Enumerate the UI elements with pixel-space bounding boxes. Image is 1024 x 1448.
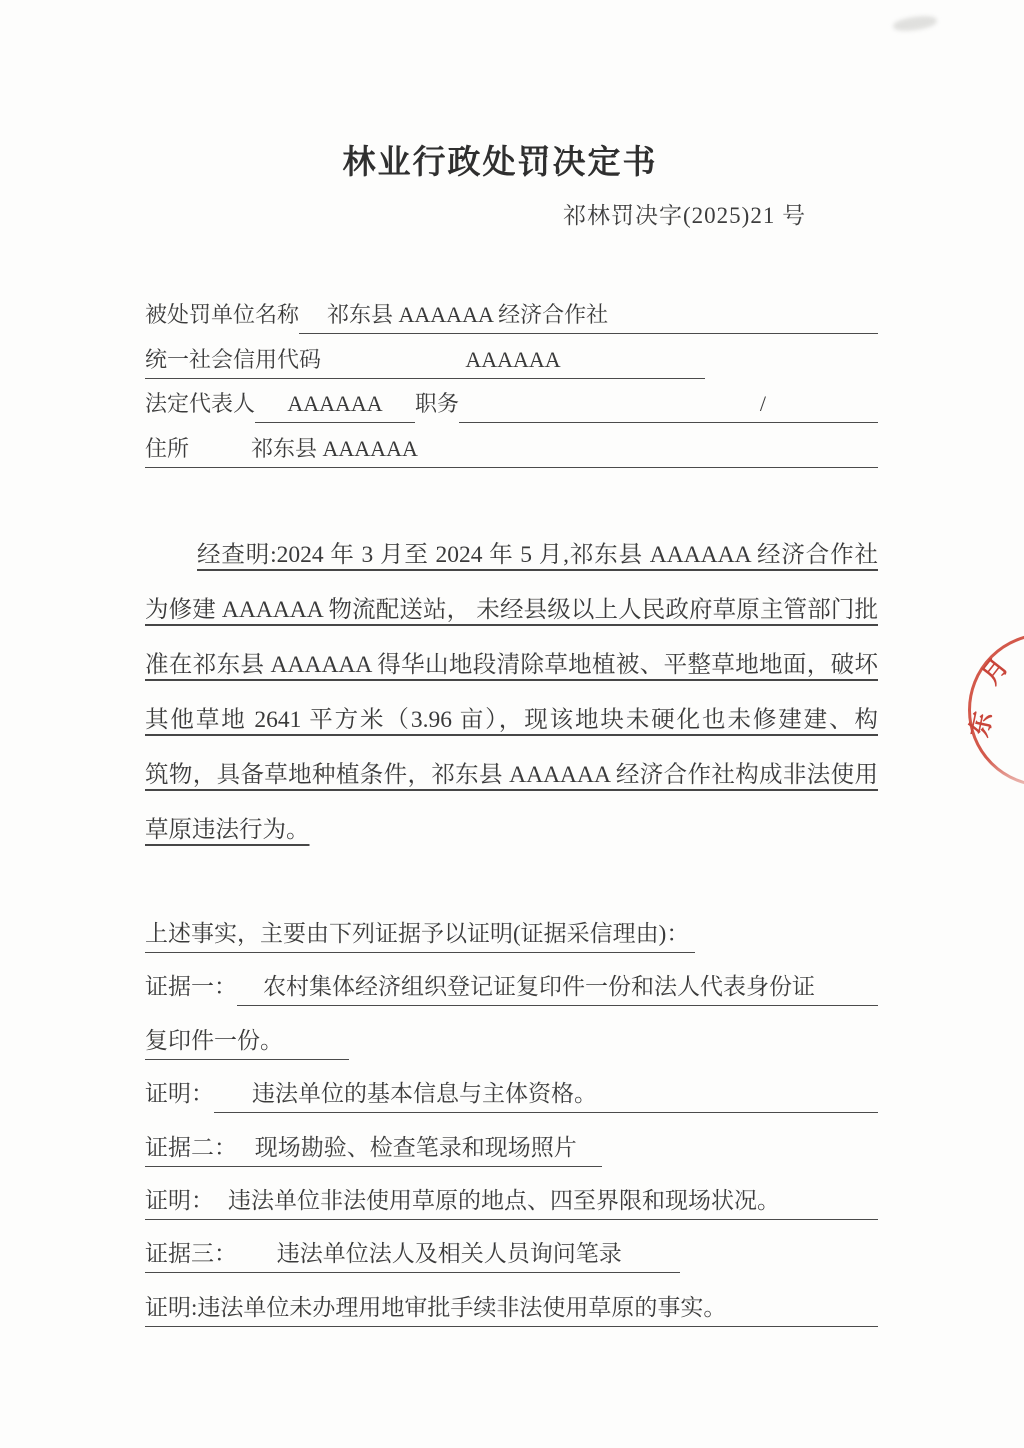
evidence-3-text: 违法单位法人及相关人员询问笔录 — [277, 1241, 622, 1266]
findings-line-3: 准在祁东县 AAAAAA 得华山地段清除草地植被、平整草地地面，破坏 — [145, 638, 878, 693]
unit-name-value: 祁东县 AAAAAA 经济合作社 — [299, 300, 878, 334]
evidence-3-label: 证据三： — [145, 1241, 237, 1266]
proof-1-text: 违法单位的基本信息与主体资格。 — [214, 1078, 878, 1113]
address-label: 住所 — [145, 434, 189, 464]
seal-fade-overlay — [984, 758, 1024, 818]
legal-representative-value: AAAAAA — [255, 389, 415, 423]
findings-line-6: 草原违法行为。 — [145, 803, 878, 858]
proof-3-row: 证明: 违法单位未办理用地审批手续非法使用草原的事实。 — [145, 1292, 878, 1327]
proof-2-label: 证明： — [145, 1185, 214, 1217]
scan-smudge — [892, 14, 937, 33]
evidence-1-label: 证据一： — [145, 971, 237, 1003]
evidence-intro: 上述事实，主要由下列证据予以证明(证据采信理由)： — [145, 918, 695, 953]
proof-3-label: 证明: — [145, 1292, 197, 1324]
position-label: 职务 — [415, 389, 459, 419]
credit-code-label: 统一社会信用代码 — [145, 345, 321, 375]
field-row-unit-name: 被处罚单位名称 祁东县 AAAAAA 经济合作社 — [145, 300, 878, 334]
evidence-3-row: 证据三： 违法单位法人及相关人员询问笔录 — [145, 1238, 878, 1273]
proof-2-row: 证明： 违法单位非法使用草原的地点、四至界限和现场状况。 — [145, 1185, 878, 1220]
proof-2-text: 违法单位非法使用草原的地点、四至界限和现场状况。 — [228, 1185, 780, 1217]
field-row-legal-representative: 法定代表人 AAAAAA 职务 / — [145, 389, 878, 423]
findings-line-2: 为修建 AAAAAA 物流配送站， 未经县级以上人民政府草原主管部门批 — [145, 583, 878, 638]
evidence-1-row: 证据一： 农村集体经济组织登记证复印件一份和法人代表身份证 — [145, 971, 878, 1006]
findings-line-5: 筑物，具备草地种植条件，祁东县 AAAAAA 经济合作社构成非法使用 — [145, 748, 878, 803]
evidence-intro-row: 上述事实，主要由下列证据予以证明(证据采信理由)： — [145, 918, 878, 953]
document-number: 祁林罚决字(2025)21 号 — [563, 197, 806, 230]
field-row-address: 住所 祁东县 AAAAAA — [145, 434, 878, 468]
evidence-section: 上述事实，主要由下列证据予以证明(证据采信理由)： 证据一： 农村集体经济组织登… — [145, 918, 878, 1345]
document-title: 林业行政处罚决定书 — [0, 136, 1024, 183]
evidence-2-text: 现场勘验、检查笔录和现场照片 — [255, 1135, 577, 1160]
findings-line-1: 经查明:2024 年 3 月至 2024 年 5 月,祁东县 AAAAAA 经济… — [145, 528, 878, 583]
proof-1-label: 证明： — [145, 1078, 214, 1110]
field-row-credit-code: 统一社会信用代码 AAAAAA — [145, 345, 878, 379]
document-page: 林业行政处罚决定书 祁林罚决字(2025)21 号 被处罚单位名称 祁东县 AA… — [0, 0, 1024, 1448]
evidence-1-continuation-row: 复印件一份。 — [145, 1025, 878, 1060]
evidence-3-group: 证据三： 违法单位法人及相关人员询问笔录 — [145, 1238, 680, 1273]
legal-representative-label: 法定代表人 — [145, 389, 255, 419]
position-value: / — [459, 389, 878, 423]
findings-paragraph: 经查明:2024 年 3 月至 2024 年 5 月,祁东县 AAAAAA 经济… — [145, 528, 878, 858]
credit-code-value: AAAAAA — [321, 345, 705, 375]
unit-name-label: 被处罚单位名称 — [145, 300, 299, 330]
proof-3-text: 违法单位未办理用地审批手续非法使用草原的事实。 — [197, 1292, 726, 1324]
party-info-fields: 被处罚单位名称 祁东县 AAAAAA 经济合作社 统一社会信用代码 AAAAAA… — [145, 300, 878, 479]
evidence-1-continuation: 复印件一份。 — [145, 1025, 349, 1060]
proof-1-row: 证明： 违法单位的基本信息与主体资格。 — [145, 1078, 878, 1113]
findings-line-4: 其他草地 2641 平方米（3.96 亩），现该地块未硬化也未修建建、构 — [145, 693, 878, 748]
evidence-2-group: 证据二： 现场勘验、检查笔录和现场照片 — [145, 1132, 602, 1167]
evidence-1-text: 农村集体经济组织登记证复印件一份和法人代表身份证 — [237, 971, 878, 1006]
evidence-2-row: 证据二： 现场勘验、检查笔录和现场照片 — [145, 1132, 878, 1167]
credit-code-group: 统一社会信用代码 AAAAAA — [145, 345, 705, 379]
evidence-2-label: 证据二： — [145, 1135, 237, 1160]
address-value: 祁东县 AAAAAA — [189, 434, 418, 464]
